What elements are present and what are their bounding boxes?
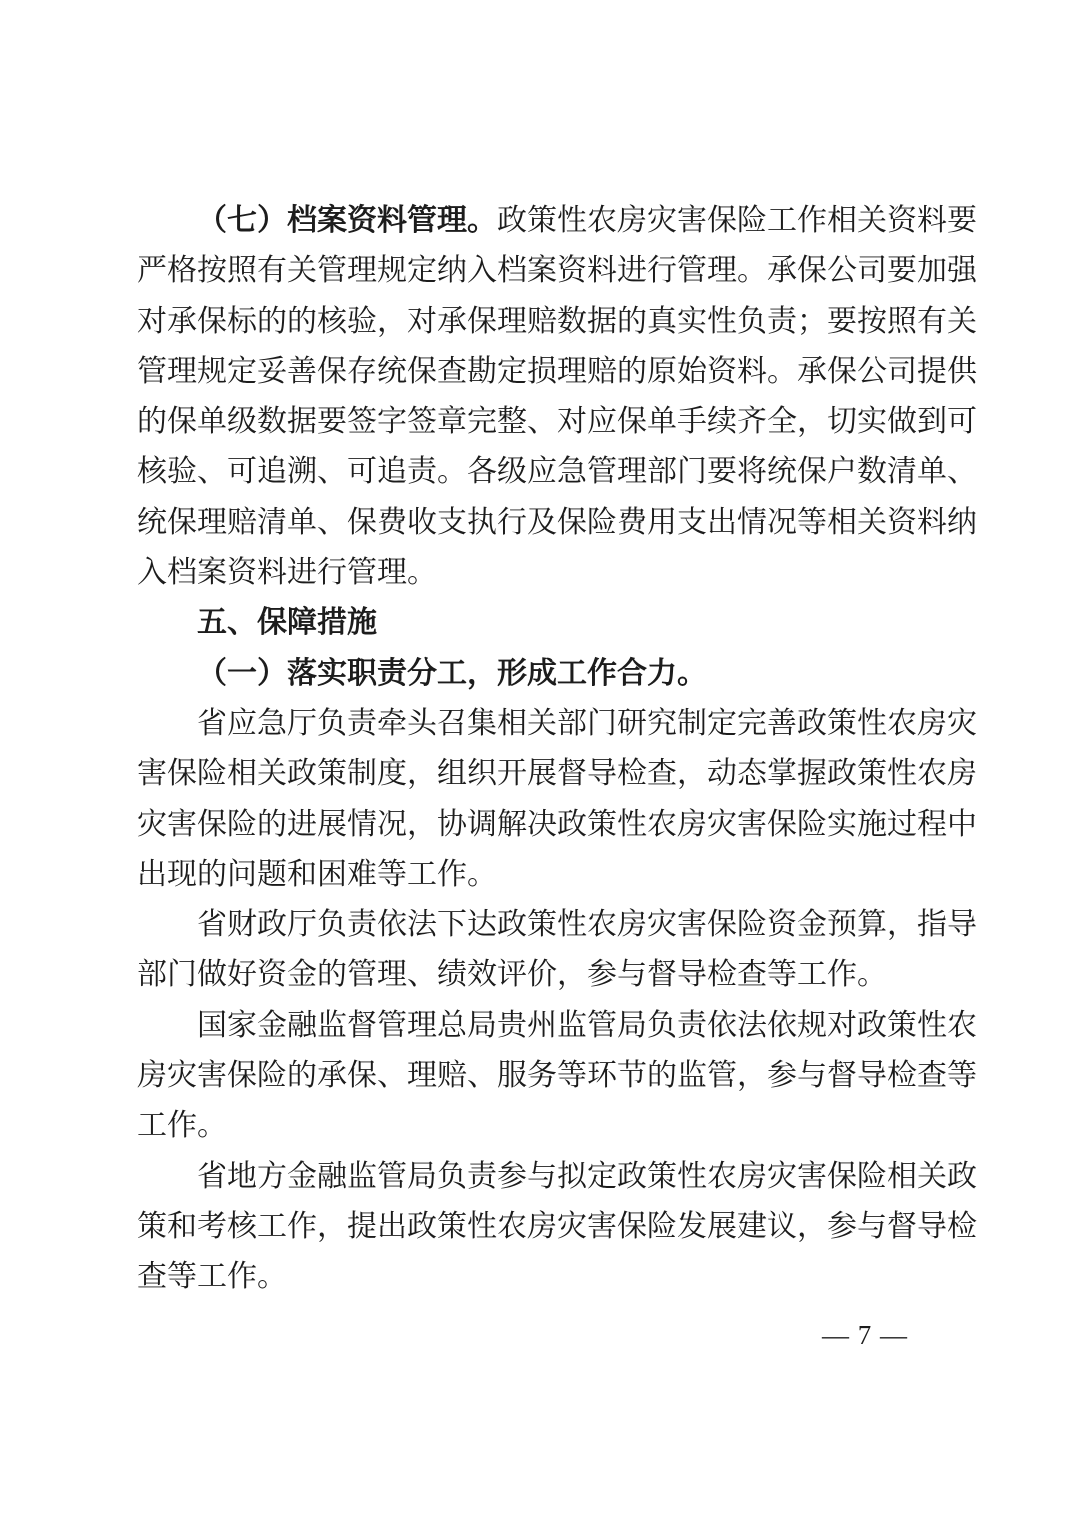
paragraph-provincial-emergency-dept: 省应急厅负责牵头召集相关部门研究制定完善政策性农房灾害保险相关政策制度，组织开展…: [137, 699, 977, 900]
clause7-body-text: 政策性农房灾害保险工作相关资料要严格按照有关管理规定纳入档案资料进行管理。承保公…: [137, 204, 977, 589]
paragraph-provincial-finance-dept: 省财政厅负责依法下达政策性农房灾害保险资金预算，指导部门做好资金的管理、绩效评价…: [137, 900, 977, 1001]
section-5-title: 五、保障措施: [137, 598, 977, 648]
document-body: （七）档案资料管理。政策性农房灾害保险工作相关资料要严格按照有关管理规定纳入档案…: [137, 196, 977, 1303]
paragraph-provincial-local-financial-bureau: 省地方金融监管局负责参与拟定政策性农房灾害保险相关政策和考核工作，提出政策性农房…: [137, 1152, 977, 1303]
clause7-heading: （七）档案资料管理。: [197, 204, 497, 237]
page-number: — 7 —: [822, 1320, 908, 1350]
document-page: （七）档案资料管理。政策性农房灾害保险工作相关资料要严格按照有关管理规定纳入档案…: [0, 0, 1074, 1520]
paragraph-clause7-archive-management: （七）档案资料管理。政策性农房灾害保险工作相关资料要严格按照有关管理规定纳入档案…: [137, 196, 977, 598]
subsection-1-title: （一）落实职责分工，形成工作合力。: [137, 649, 977, 699]
paragraph-nfra-guizhou-bureau: 国家金融监督管理总局贵州监管局负责依法依规对政策性农房灾害保险的承保、理赔、服务…: [137, 1001, 977, 1152]
